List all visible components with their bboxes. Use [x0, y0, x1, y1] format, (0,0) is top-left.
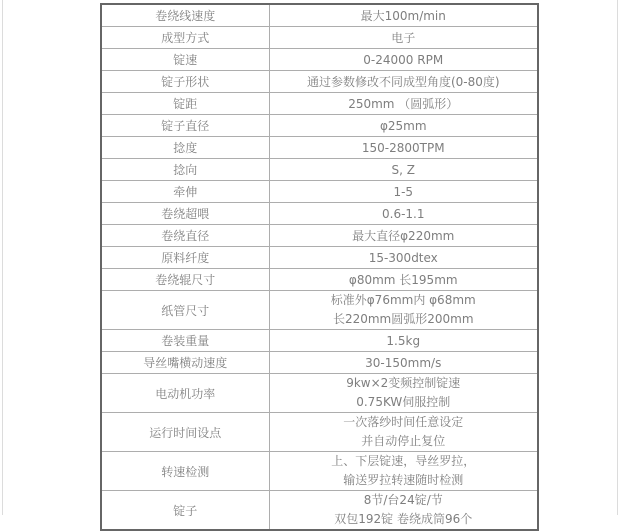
spec-value-line: 上、下层锭速，导丝罗拉， [270, 452, 538, 471]
spec-value: 250mm （圆弧形） [269, 93, 538, 115]
table-row: 锭距 250mm （圆弧形） [101, 93, 538, 115]
spec-value: S, Z [269, 159, 538, 181]
spec-value: 电子 [269, 27, 538, 49]
table-row: 导丝嘴横动速度 30-150mm/s [101, 352, 538, 374]
spec-label: 卷绕直径 [101, 225, 269, 247]
table-row: 卷绕辊尺寸 φ80mm 长195mm [101, 269, 538, 291]
table-row: 转速检测 上、下层锭速，导丝罗拉， 输送罗拉转速随时检测 [101, 452, 538, 491]
spec-value: 通过参数修改不同成型角度(0-80度) [269, 71, 538, 93]
table-row: 纸管尺寸 标准外φ76mm内 φ68mm 长220mm圆弧形200mm [101, 291, 538, 330]
spec-value-line: 并自动停止复位 [270, 432, 538, 451]
spec-value-line: 输送罗拉转速随时检测 [270, 471, 538, 490]
spec-value-line: 长220mm圆弧形200mm [270, 310, 538, 329]
table-row: 电动机功率 9kw×2变频控制锭速 0.75KW伺服控制 [101, 374, 538, 413]
spec-label: 原料纤度 [101, 247, 269, 269]
table-row: 捻向 S, Z [101, 159, 538, 181]
spec-label: 导丝嘴横动速度 [101, 352, 269, 374]
spec-value-line: 9kw×2变频控制锭速 [270, 374, 538, 393]
spec-value-line: 双包192锭 卷绕成筒96个 [270, 510, 538, 515]
table-row: 成型方式 电子 [101, 27, 538, 49]
table-row: 锭子形状 通过参数修改不同成型角度(0-80度) [101, 71, 538, 93]
table-row: 运行时间设点 一次落纱时间任意设定 并自动停止复位 [101, 413, 538, 452]
table-row: 卷绕线速度 最大100m/min [101, 4, 538, 27]
spec-label: 牵伸 [101, 181, 269, 203]
spec-value-line: 8节/台24锭/节 [270, 491, 538, 510]
table-row: 牵伸 1-5 [101, 181, 538, 203]
spec-value: 1-5 [269, 181, 538, 203]
spec-value: 最大直径φ220mm [269, 225, 538, 247]
spec-value: 0-24000 RPM [269, 49, 538, 71]
spec-label: 卷装重量 [101, 330, 269, 352]
spec-label: 卷绕线速度 [101, 4, 269, 27]
table-row: 卷绕超喂 0.6-1.1 [101, 203, 538, 225]
spec-value-line: 0.75KW伺服控制 [270, 393, 538, 412]
spec-label: 锭速 [101, 49, 269, 71]
spec-value-line: 一次落纱时间任意设定 [270, 413, 538, 432]
spec-label: 转速检测 [101, 452, 269, 491]
spec-label: 卷绕辊尺寸 [101, 269, 269, 291]
spec-value: 标准外φ76mm内 φ68mm 长220mm圆弧形200mm [269, 291, 538, 330]
table-row: 捻度 150-2800TPM [101, 137, 538, 159]
table-row: 锭速 0-24000 RPM [101, 49, 538, 71]
table-row: 锭子直径 φ25mm [101, 115, 538, 137]
table-row: 卷绕直径 最大直径φ220mm [101, 225, 538, 247]
spec-value: 0.6-1.1 [269, 203, 538, 225]
spec-table: 卷绕线速度 最大100m/min 成型方式 电子 锭速 0-24000 RPM … [100, 3, 539, 515]
table-row: 锭子 8节/台24锭/节 双包192锭 卷绕成筒96个 [101, 491, 538, 516]
spec-value: 30-150mm/s [269, 352, 538, 374]
spec-label: 锭子 [101, 491, 269, 516]
spec-label: 锭距 [101, 93, 269, 115]
spec-label: 运行时间设点 [101, 413, 269, 452]
spec-value: 1.5kg [269, 330, 538, 352]
spec-value: 上、下层锭速，导丝罗拉， 输送罗拉转速随时检测 [269, 452, 538, 491]
spec-label: 锭子直径 [101, 115, 269, 137]
spec-value: 9kw×2变频控制锭速 0.75KW伺服控制 [269, 374, 538, 413]
spec-label: 捻向 [101, 159, 269, 181]
spec-label: 电动机功率 [101, 374, 269, 413]
spec-value: 150-2800TPM [269, 137, 538, 159]
table-row: 原料纤度 15-300dtex [101, 247, 538, 269]
spec-label: 锭子形状 [101, 71, 269, 93]
spec-label: 纸管尺寸 [101, 291, 269, 330]
table-row: 卷装重量 1.5kg [101, 330, 538, 352]
spec-label: 卷绕超喂 [101, 203, 269, 225]
page-frame: 卷绕线速度 最大100m/min 成型方式 电子 锭速 0-24000 RPM … [2, 0, 618, 515]
spec-value: 最大100m/min [269, 4, 538, 27]
spec-value: 8节/台24锭/节 双包192锭 卷绕成筒96个 [269, 491, 538, 516]
spec-label: 捻度 [101, 137, 269, 159]
spec-value: 一次落纱时间任意设定 并自动停止复位 [269, 413, 538, 452]
spec-value: φ25mm [269, 115, 538, 137]
spec-value: φ80mm 长195mm [269, 269, 538, 291]
spec-value: 15-300dtex [269, 247, 538, 269]
spec-value-line: 标准外φ76mm内 φ68mm [270, 291, 538, 310]
spec-label: 成型方式 [101, 27, 269, 49]
